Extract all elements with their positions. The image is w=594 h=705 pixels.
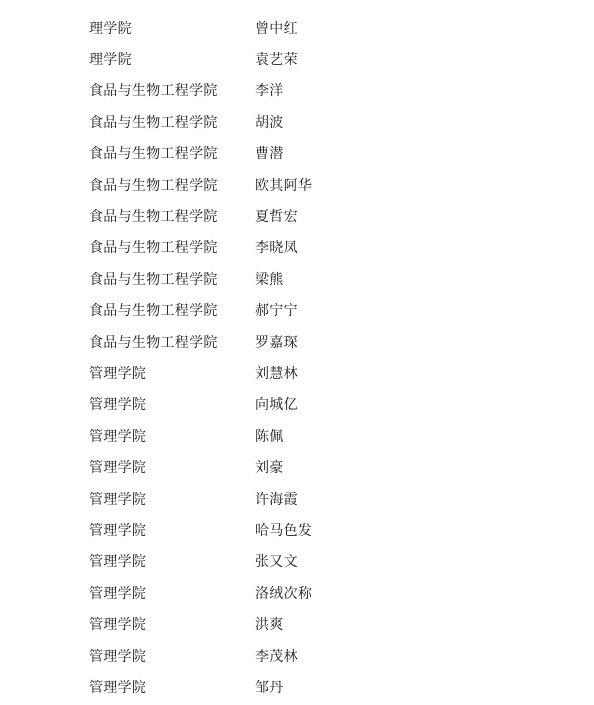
name-cell: 袁艺荣 [255, 54, 455, 68]
name-cell: 欧其阿华 [255, 180, 455, 194]
table-row: 食品与生物工程学院胡波 [0, 108, 594, 139]
college-cell: 食品与生物工程学院 [89, 211, 255, 225]
college-cell: 管理学院 [89, 651, 255, 665]
name-cell: 曾中红 [255, 23, 455, 37]
table-row: 管理学院李茂林 [0, 642, 594, 673]
college-cell: 食品与生物工程学院 [89, 337, 255, 351]
college-cell: 食品与生物工程学院 [89, 85, 255, 99]
name-cell: 郝宁宁 [255, 305, 455, 319]
name-cell: 梁熊 [255, 274, 455, 288]
name-cell: 洛绒次称 [255, 588, 455, 602]
college-cell: 食品与生物工程学院 [89, 180, 255, 194]
table-row: 管理学院刘慧林 [0, 359, 594, 390]
table-row: 理学院袁艺荣 [0, 45, 594, 76]
college-cell: 食品与生物工程学院 [89, 305, 255, 319]
table-row: 食品与生物工程学院欧其阿华 [0, 171, 594, 202]
table-row: 食品与生物工程学院梁熊 [0, 265, 594, 296]
name-cell: 向城亿 [255, 399, 455, 413]
name-cell: 曹潜 [255, 148, 455, 162]
college-cell: 食品与生物工程学院 [89, 117, 255, 131]
table-row: 管理学院洛绒次称 [0, 579, 594, 610]
name-cell: 李晓凤 [255, 242, 455, 256]
college-cell: 管理学院 [89, 556, 255, 570]
college-cell: 管理学院 [89, 588, 255, 602]
college-cell: 理学院 [89, 23, 255, 37]
table-row: 理学院曾中红 [0, 14, 594, 45]
college-name-table: 理学院曾中红理学院袁艺荣食品与生物工程学院李洋食品与生物工程学院胡波食品与生物工… [0, 14, 594, 705]
table-row: 管理学院刘豪 [0, 453, 594, 484]
name-cell: 罗嘉琛 [255, 337, 455, 351]
name-cell: 陈佩 [255, 431, 455, 445]
college-cell: 理学院 [89, 54, 255, 68]
table-row: 食品与生物工程学院罗嘉琛 [0, 328, 594, 359]
college-cell: 管理学院 [89, 462, 255, 476]
college-cell: 管理学院 [89, 399, 255, 413]
college-cell: 管理学院 [89, 525, 255, 539]
college-cell: 管理学院 [89, 619, 255, 633]
document-page: 理学院曾中红理学院袁艺荣食品与生物工程学院李洋食品与生物工程学院胡波食品与生物工… [0, 0, 594, 705]
table-row: 食品与生物工程学院李洋 [0, 77, 594, 108]
table-row: 食品与生物工程学院郝宁宁 [0, 297, 594, 328]
name-cell: 李洋 [255, 85, 455, 99]
college-cell: 管理学院 [89, 368, 255, 382]
table-row: 管理学院洪爽 [0, 610, 594, 641]
table-row: 管理学院邹丹 [0, 673, 594, 704]
name-cell: 哈马色发 [255, 525, 455, 539]
college-cell: 食品与生物工程学院 [89, 274, 255, 288]
college-cell: 管理学院 [89, 682, 255, 696]
name-cell: 刘豪 [255, 462, 455, 476]
name-cell: 夏哲宏 [255, 211, 455, 225]
table-row: 食品与生物工程学院曹潜 [0, 140, 594, 171]
table-row: 食品与生物工程学院夏哲宏 [0, 202, 594, 233]
table-row: 管理学院陈佩 [0, 422, 594, 453]
college-cell: 食品与生物工程学院 [89, 148, 255, 162]
name-cell: 李茂林 [255, 651, 455, 665]
college-cell: 食品与生物工程学院 [89, 242, 255, 256]
name-cell: 邹丹 [255, 682, 455, 696]
college-cell: 管理学院 [89, 494, 255, 508]
name-cell: 张又文 [255, 556, 455, 570]
table-row: 管理学院张又文 [0, 548, 594, 579]
name-cell: 刘慧林 [255, 368, 455, 382]
table-row: 管理学院向城亿 [0, 391, 594, 422]
table-row: 管理学院哈马色发 [0, 516, 594, 547]
name-cell: 洪爽 [255, 619, 455, 633]
table-row: 管理学院许海霞 [0, 485, 594, 516]
college-cell: 管理学院 [89, 431, 255, 445]
name-cell: 许海霞 [255, 494, 455, 508]
table-row: 食品与生物工程学院李晓凤 [0, 234, 594, 265]
name-cell: 胡波 [255, 117, 455, 131]
